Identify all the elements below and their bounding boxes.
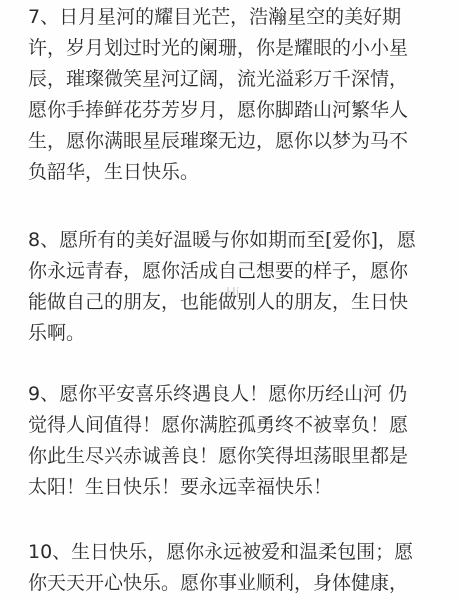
paragraph-line: 你此生尽兴赤诚善良！愿你笑得坦荡眼里都是 — [28, 441, 408, 472]
paragraph-line: 10、生日快乐，愿你永远被爱和温柔包围；愿 — [28, 537, 413, 568]
paragraph-line: 9、愿你平安喜乐终遇良人！愿你历经山河 仍 — [28, 379, 407, 410]
paragraph-line: 8、愿所有的美好温暖与你如期而至[爱你]，愿 — [28, 225, 416, 256]
paragraph-line: 愿你手捧鲜花芬芳岁月，愿你脚踏山河繁华人 — [28, 95, 408, 126]
paragraph-line: 能做自己的朋友，也能做别人的朋友，生日快 — [28, 287, 408, 318]
paragraph-line: 你永远青春，愿你活成自己想要的样子，愿你 — [28, 256, 408, 287]
paragraph-line: 你天天开心快乐。愿你事业顺利，身体健康， — [28, 568, 408, 599]
paragraph-line: 生，愿你满眼星辰璀璨无边，愿你以梦为马不 — [28, 126, 408, 157]
paragraph-line: 觉得人间值得！愿你满腔孤勇终不被辜负！愿 — [28, 410, 408, 441]
document-page: 7、日月星河的耀目光芒，浩瀚星空的美好期 许，岁月划过时光的阑珊，你是耀眼的小小… — [0, 0, 459, 600]
paragraph-line: 辰，璀璨微笑星河辽阔，流光溢彩万千深情， — [28, 64, 408, 95]
paragraph-line: 7、日月星河的耀目光芒，浩瀚星空的美好期 — [28, 2, 401, 33]
paragraph-line: 太阳！生日快乐！要永远幸福快乐！ — [28, 472, 332, 503]
paragraph-line: 许，岁月划过时光的阑珊，你是耀眼的小小星 — [28, 33, 408, 64]
paragraph-line: 负韶华，生日快乐。 — [28, 157, 199, 188]
paragraph-line: 乐啊。 — [28, 318, 85, 349]
